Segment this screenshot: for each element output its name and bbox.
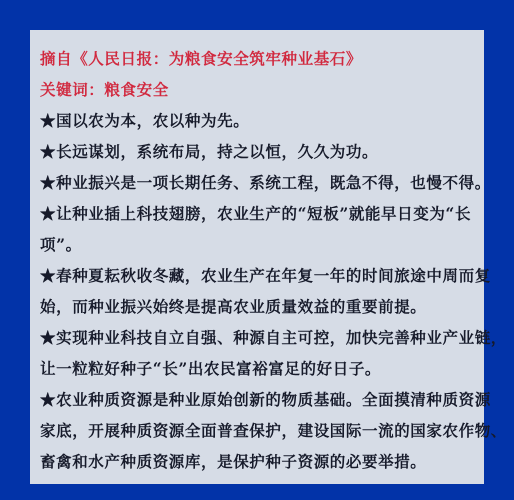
point-text: 畜禽和水产种质资源库，是保护种子资源的必要举措。	[40, 446, 484, 477]
point-text: ★让种业插上科技翅膀，农业生产的“短板”就能早日变为“长	[40, 198, 484, 229]
point-6: ★实现种业科技自立自强、种源自主可控，加快完善种业产业链， 让一粒粒好种子“长”…	[40, 322, 484, 384]
point-text: 项”。	[40, 229, 484, 260]
point-text: ★长远谋划，系统布局，持之以恒，久久为功。	[40, 136, 484, 167]
point-text: ★农业种质资源是种业原始创新的物质基础。全面摸清种质资源	[40, 384, 484, 415]
point-text: 始，而种业振兴始终是提高农业质量效益的重要前提。	[40, 291, 484, 322]
source-title: 摘自《人民日报：为粮食安全筑牢种业基石》	[40, 43, 484, 74]
keywords-label: 关键词：粮食安全	[40, 74, 484, 105]
point-text: 让一粒粒好种子“长”出农民富裕富足的好日子。	[40, 353, 484, 384]
point-text: ★春种夏耘秋收冬藏，农业生产在年复一年的时间旅途中周而复	[40, 260, 484, 291]
point-1: ★国以农为本，农以种为先。	[40, 105, 484, 136]
point-text: ★国以农为本，农以种为先。	[40, 105, 484, 136]
point-3: ★种业振兴是一项长期任务、系统工程，既急不得，也慢不得。	[40, 167, 484, 198]
point-text: ★实现种业科技自立自强、种源自主可控，加快完善种业产业链，	[40, 322, 484, 353]
point-2: ★长远谋划，系统布局，持之以恒，久久为功。	[40, 136, 484, 167]
point-5: ★春种夏耘秋收冬藏，农业生产在年复一年的时间旅途中周而复 始，而种业振兴始终是提…	[40, 260, 484, 322]
point-text: 家底，开展种质资源全面普查保护，建设国际一流的国家农作物、	[40, 415, 484, 446]
point-text: ★种业振兴是一项长期任务、系统工程，既急不得，也慢不得。	[40, 167, 484, 198]
quote-panel: 摘自《人民日报：为粮食安全筑牢种业基石》 关键词：粮食安全 ★国以农为本，农以种…	[30, 30, 484, 484]
point-4: ★让种业插上科技翅膀，农业生产的“短板”就能早日变为“长 项”。	[40, 198, 484, 260]
point-7: ★农业种质资源是种业原始创新的物质基础。全面摸清种质资源 家底，开展种质资源全面…	[40, 384, 484, 477]
